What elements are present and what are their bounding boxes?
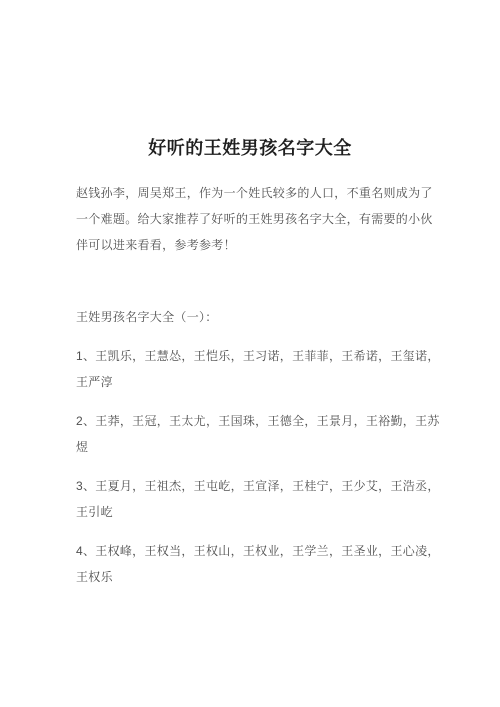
name-item-1-line-1: 1、王凯乐，王慧怂，王恺乐，王习诺，王菲菲，王希诺，王玺诺，	[76, 343, 424, 369]
document-page: 好听的王姓男孩名字大全 赵钱孙李，周吴郑王，作为一个姓氏较多的人口，不重名则成为…	[0, 0, 500, 707]
page-title: 好听的王姓男孩名字大全	[76, 136, 424, 160]
name-item-4-line-2: 王权乐	[76, 564, 424, 590]
name-item-2-line-2: 煜	[76, 434, 424, 460]
name-list-item-4: 4、王权峰，王权当，王权山，王权业，王学兰，王圣业，王心凌， 王权乐	[76, 538, 424, 590]
name-list-item-2: 2、王莽，王冠，王太尤，王国珠，王德全，王景月，王裕勤，王苏 煜	[76, 408, 424, 460]
name-item-1-line-2: 王严淳	[76, 369, 424, 395]
section-heading: 王姓男孩名字大全（一）：	[76, 304, 424, 330]
name-list-item-1: 1、王凯乐，王慧怂，王恺乐，王习诺，王菲菲，王希诺，王玺诺， 王严淳	[76, 343, 424, 395]
intro-line-2: 一个难题。给大家推荐了好听的王姓男孩名字大全，有需要的小伙	[76, 206, 424, 232]
name-list-item-3: 3、王夏月，王祖杰，王屯屹，王宣泽，王桂宁，王少艾，王浩丞， 王引屹	[76, 473, 424, 525]
intro-line-3: 伴可以进来看看，参考参考！	[76, 232, 424, 258]
name-item-3-line-1: 3、王夏月，王祖杰，王屯屹，王宣泽，王桂宁，王少艾，王浩丞，	[76, 473, 424, 499]
intro-line-1: 赵钱孙李，周吴郑王，作为一个姓氏较多的人口，不重名则成为了	[76, 180, 424, 206]
name-item-2-line-1: 2、王莽，王冠，王太尤，王国珠，王德全，王景月，王裕勤，王苏	[76, 408, 424, 434]
name-item-3-line-2: 王引屹	[76, 499, 424, 525]
intro-paragraph: 赵钱孙李，周吴郑王，作为一个姓氏较多的人口，不重名则成为了 一个难题。给大家推荐…	[76, 180, 424, 258]
name-item-4-line-1: 4、王权峰，王权当，王权山，王权业，王学兰，王圣业，王心凌，	[76, 538, 424, 564]
